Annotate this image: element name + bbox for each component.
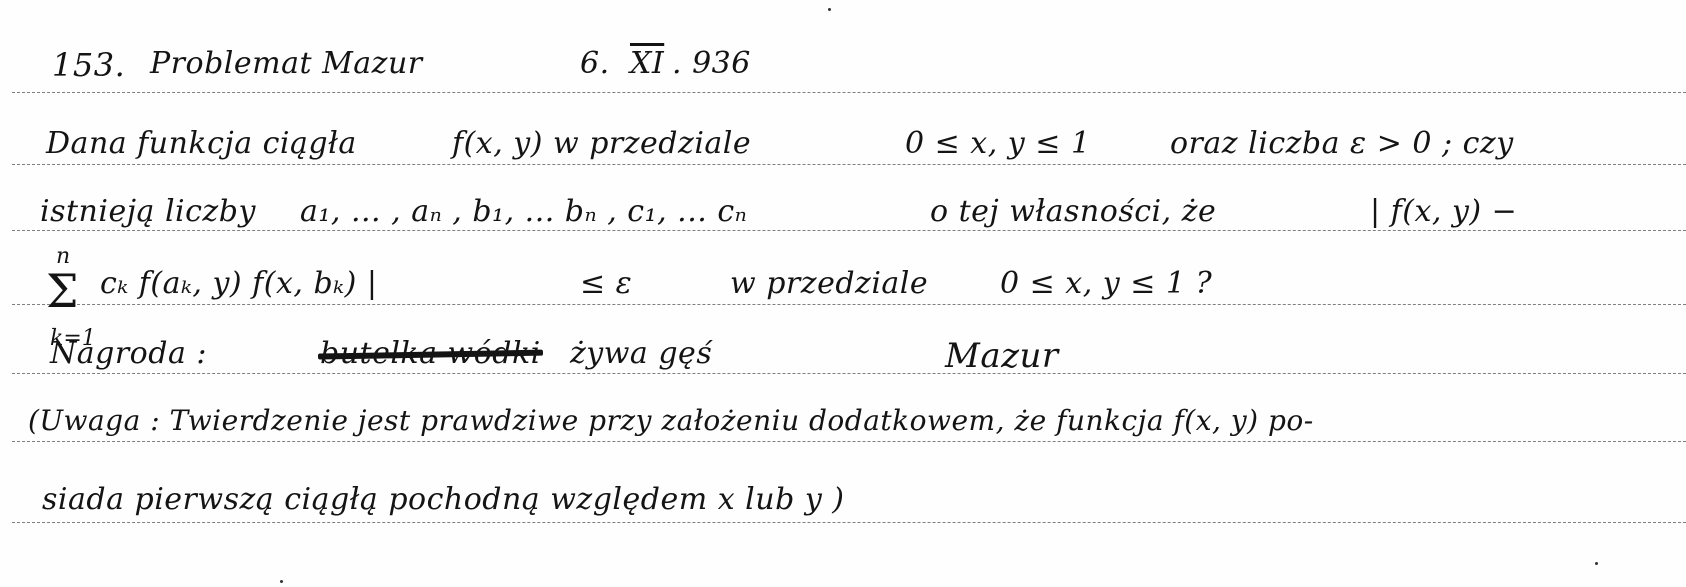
prize-text: żywa gęś (570, 336, 712, 371)
sum-symbol: Σ (46, 264, 79, 318)
math-segment: a₁, ... , aₙ , b₁, ... bₙ , c₁, ... cₙ (300, 194, 747, 229)
math-segment: cₖ f(aₖ, y) f(x, bₖ) | (100, 266, 377, 301)
text-segment: (Uwaga : Twierdzenie jest prawdziwe przy… (28, 404, 1314, 437)
scanned-page: 153. Problemat Mazur 6. XI . 936 Dana fu… (0, 0, 1686, 587)
math-segment: ≤ ε (580, 266, 632, 301)
ruled-line (12, 92, 1686, 93)
ruled-line (12, 522, 1686, 523)
scan-speck (1595, 562, 1598, 565)
date-year: . 936 (672, 46, 751, 81)
ruled-line (12, 230, 1686, 231)
ruled-line (12, 164, 1686, 165)
date-month: XI (630, 46, 664, 81)
text-segment: oraz liczba ε > 0 ; czy (1170, 126, 1514, 161)
struck-out-text: butelka wódki (320, 336, 541, 371)
text-segment: w przedziale (730, 266, 928, 301)
text-segment: f(x, y) w przedziale (452, 126, 751, 161)
text-segment: Dana funkcja ciągła (46, 126, 357, 161)
ruled-line (12, 304, 1686, 305)
text-segment: istnieją liczby (40, 194, 256, 229)
scan-speck (828, 8, 831, 11)
ruled-line (12, 441, 1686, 442)
problem-number: 153. (52, 46, 125, 84)
math-segment: 0 ≤ x, y ≤ 1 ? (1000, 266, 1212, 301)
prize-line: Nagroda : butelka wódki żywa gęś Mazur (0, 336, 221, 371)
date-day: 6. (580, 46, 610, 81)
math-segment: | f(x, y) − (1370, 194, 1517, 229)
ruled-line (12, 373, 1686, 374)
math-segment: 0 ≤ x, y ≤ 1 (905, 126, 1091, 161)
problem-title: Problemat Mazur (150, 46, 423, 81)
prize-label: Nagroda : (50, 336, 207, 371)
text-segment: siada pierwszą ciągłą pochodną względem … (42, 482, 845, 517)
text-segment: o tej własności, że (930, 194, 1216, 229)
scan-speck (280, 580, 283, 583)
signature: Mazur (945, 336, 1059, 376)
